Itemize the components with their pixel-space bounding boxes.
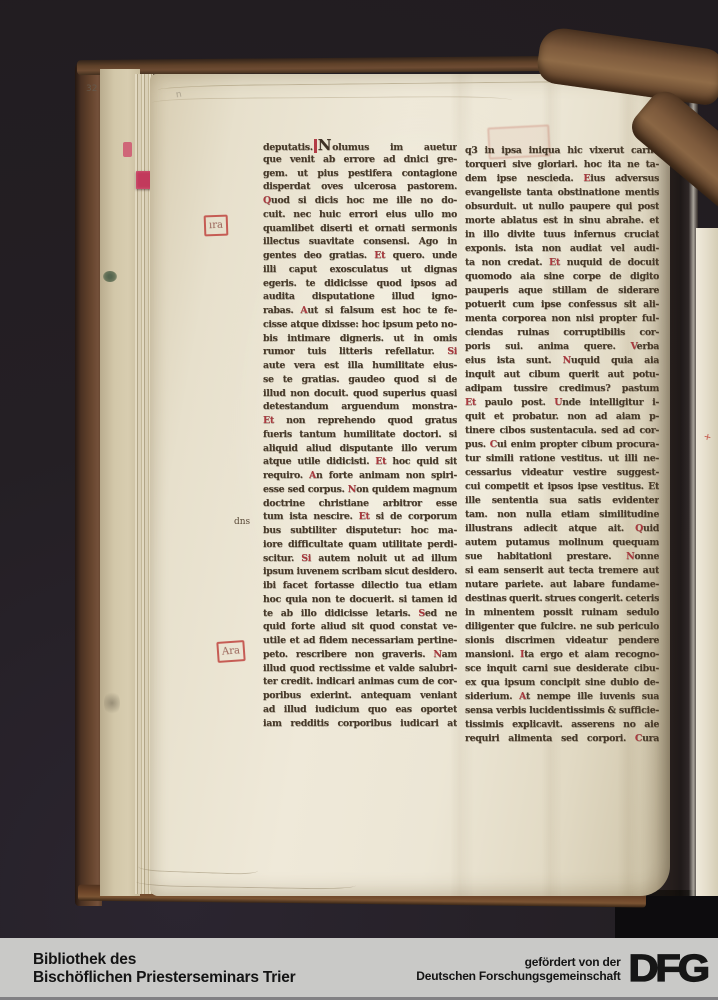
footer-bar: Bibliothek des Bischöflichen Priestersem… [0,938,718,1000]
manuscript-column-2: q3 in ipsa iniqua hic vixerut carnetorqu… [465,144,659,746]
pencil-number: 32 [86,84,97,94]
library-name: Bibliothek des Bischöflichen Priestersem… [33,951,295,988]
manuscript-column-1: deputatis.Nolumus im aueturque venit ab … [263,139,457,730]
funding-text-line1: gefördert von der [416,955,620,970]
funding-text-line2: Deutschen Forschungsgemeinschaft [416,969,620,984]
red-pen-mark: + [703,429,713,444]
book-cover-top-edge [77,56,561,75]
green-stain [103,271,117,282]
underlying-sheet-edge [136,877,356,890]
book-cover-left-edge [75,61,102,906]
dfg-logo: DFG [628,941,706,997]
red-quire-mark: Ara [216,640,245,663]
funding-credit: gefördert von der Deutschen Forschungsge… [416,939,705,999]
facing-page-edge: + [696,228,718,896]
underlying-sheet-edge [152,96,512,108]
stain-smudge [104,690,120,716]
digitized-manuscript-photo: n ıra Ara dns deputatis.Nolumus im auetu… [0,0,718,1000]
manuscript-page: n ıra Ara dns deputatis.Nolumus im auetu… [150,74,670,896]
flyleaf-edge [100,69,140,896]
library-name-line2: Bischöflichen Priesterseminars Trier [33,969,295,988]
margin-note: dns [234,517,250,527]
funding-text: gefördert von der Deutschen Forschungsge… [416,955,620,984]
page-gutter-shadow [640,74,698,896]
red-bookmark-tab-small [123,142,132,157]
red-quire-mark: ıra [204,215,229,237]
library-name-line1: Bibliothek des [33,951,295,970]
underlying-sheet-edge [138,862,258,875]
